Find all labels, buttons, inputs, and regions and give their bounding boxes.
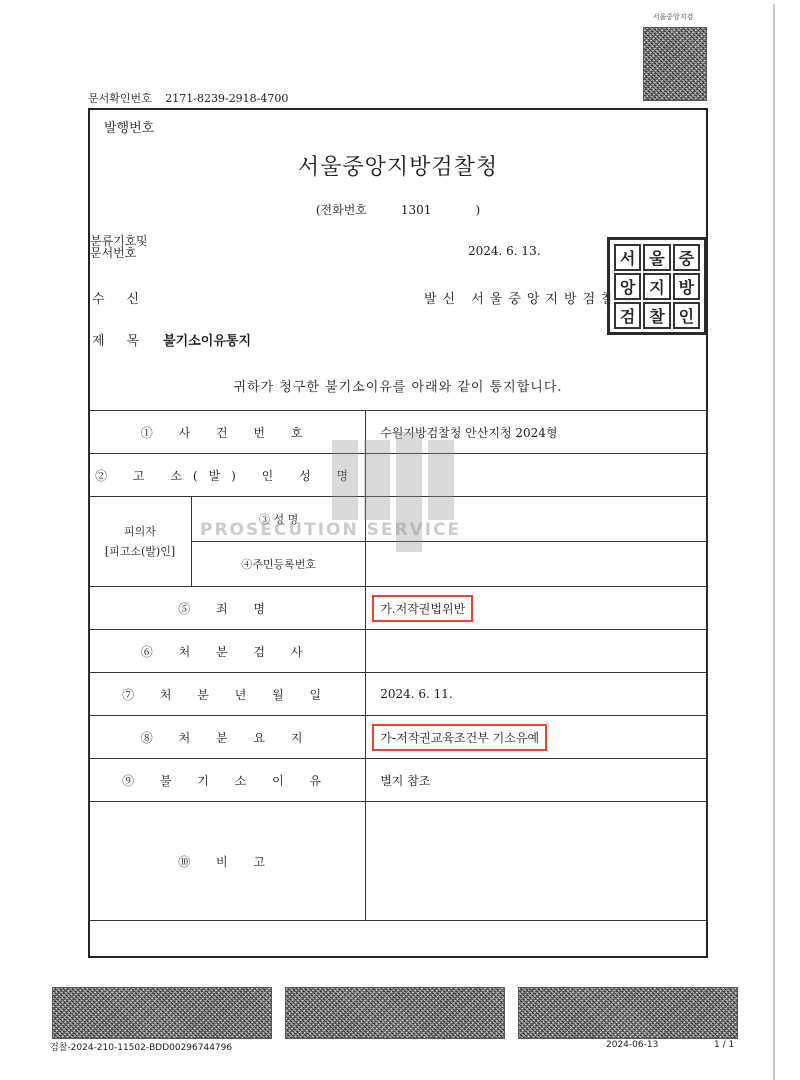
prosecutor-label: ⑥ 처 분 검 사 <box>89 630 366 673</box>
qr-code <box>643 27 707 101</box>
agency-title: 서울중앙지방검찰청 <box>90 150 706 181</box>
recipient-label: 수신 <box>92 288 161 307</box>
remarks-value <box>366 802 708 921</box>
seal-char: 지 <box>643 273 670 300</box>
remarks-label: ⑩ 비 고 <box>89 802 366 921</box>
suspect-id-label: ④주민등록번호 <box>192 542 366 587</box>
footer-document-id: 검찰-2024-210-11502-BDD00296744796 <box>50 1040 232 1053</box>
official-seal-stamp: 서 울 중 앙 지 방 검 찰 인 <box>607 237 707 335</box>
issue-date: 2024. 6. 13. <box>468 244 541 258</box>
charge-cell: 가.저작권법위반 <box>366 587 708 630</box>
phone-number: 1301 <box>401 203 432 217</box>
phone-label: (전화번호 <box>316 203 367 217</box>
notice-form: 발행번호 서울중앙지방검찰청 (전화번호1301) 분류기호 문서번호 및 20… <box>88 108 708 958</box>
seal-char: 인 <box>673 302 700 329</box>
qr-label: 서울중앙지검 <box>640 12 706 22</box>
suspect-name-label: ③ 성 명 <box>192 497 366 542</box>
phone-close: ) <box>475 203 480 217</box>
footer-page-number: 1 / 1 <box>714 1040 734 1050</box>
doc-verify-value: 2171-8239-2918-4700 <box>165 92 288 105</box>
disposition-date-value: 2024. 6. 11. <box>366 673 708 716</box>
disposition-summary-label: ⑧ 처 분 요 지 <box>89 716 366 759</box>
subject-value: 불기소이유통지 <box>163 334 251 349</box>
classification-label: 분류기호 문서번호 및 <box>90 235 136 259</box>
complainant-value <box>366 454 708 497</box>
seal-char: 중 <box>673 244 700 271</box>
prosecutor-value <box>366 630 708 673</box>
seal-char: 앙 <box>614 273 641 300</box>
table-row: ⑦ 처 분 년 월 일 2024. 6. 11. <box>89 673 708 716</box>
barcode-3 <box>518 987 738 1039</box>
subject-label: 제목 <box>92 334 161 349</box>
barcode-1 <box>52 987 272 1039</box>
suspect-group-line2: [피고소(발)인] <box>89 542 191 562</box>
table-row: ② 고 소(발) 인 성 명 <box>89 454 708 497</box>
complainant-label: ② 고 소(발) 인 성 명 <box>89 454 366 497</box>
non-prosecution-reason-label: ⑨ 불 기 소 이 유 <box>89 759 366 802</box>
classification-and: 및 <box>136 235 148 247</box>
table-row: ⑩ 비 고 <box>89 802 708 921</box>
subject-line: 제목불기소이유통지 <box>92 330 251 349</box>
table-row: ① 사 건 번 호 수원지방검찰청 안산지청 2024형 <box>89 411 708 454</box>
notice-sentence: 귀하가 청구한 불기소이유를 아래와 같이 통지합니다. <box>90 376 706 395</box>
seal-char: 울 <box>643 244 670 271</box>
suspect-name-value <box>366 497 708 542</box>
doc-verify-label: 문서확인번호 <box>88 92 152 105</box>
case-number-value: 수원지방검찰청 안산지청 2024형 <box>366 411 708 454</box>
classification-label-line2: 문서번호 <box>90 247 136 259</box>
barcode-2 <box>285 987 505 1039</box>
suspect-id-value <box>366 542 708 587</box>
issue-number-label: 발행번호 <box>104 117 154 136</box>
footer-date: 2024-06-13 <box>606 1040 658 1050</box>
table-row: 피의자 [피고소(발)인] ③ 성 명 <box>89 497 708 542</box>
disposition-date-label: ⑦ 처 분 년 월 일 <box>89 673 366 716</box>
suspect-group-line1: 피의자 <box>89 522 191 542</box>
disposition-summary-cell: 가-저작권교육조건부 기소유예 <box>366 716 708 759</box>
charge-value-highlighted: 가.저작권법위반 <box>372 595 473 622</box>
table-row: ⑧ 처 분 요 지 가-저작권교육조건부 기소유예 <box>89 716 708 759</box>
seal-char: 검 <box>614 302 641 329</box>
phone-line: (전화번호1301) <box>90 201 706 218</box>
doc-verify-number: 문서확인번호 2171-8239-2918-4700 <box>88 90 288 106</box>
seal-char: 찰 <box>643 302 670 329</box>
suspect-group-label: 피의자 [피고소(발)인] <box>89 497 192 587</box>
seal-char: 서 <box>614 244 641 271</box>
charge-label: ⑤ 죄 명 <box>89 587 366 630</box>
table-row: ⑤ 죄 명 가.저작권법위반 <box>89 587 708 630</box>
case-number-label: ① 사 건 번 호 <box>89 411 366 454</box>
non-prosecution-reason-value: 별지 참조 <box>366 759 708 802</box>
page-edge-rule <box>773 4 775 1080</box>
table-row: ⑨ 불 기 소 이 유 별지 참조 <box>89 759 708 802</box>
case-details-table: ① 사 건 번 호 수원지방검찰청 안산지청 2024형 ② 고 소(발) 인 … <box>88 410 708 921</box>
disposition-summary-highlighted: 가-저작권교육조건부 기소유예 <box>372 724 547 751</box>
seal-char: 방 <box>673 273 700 300</box>
table-row: ⑥ 처 분 검 사 <box>89 630 708 673</box>
